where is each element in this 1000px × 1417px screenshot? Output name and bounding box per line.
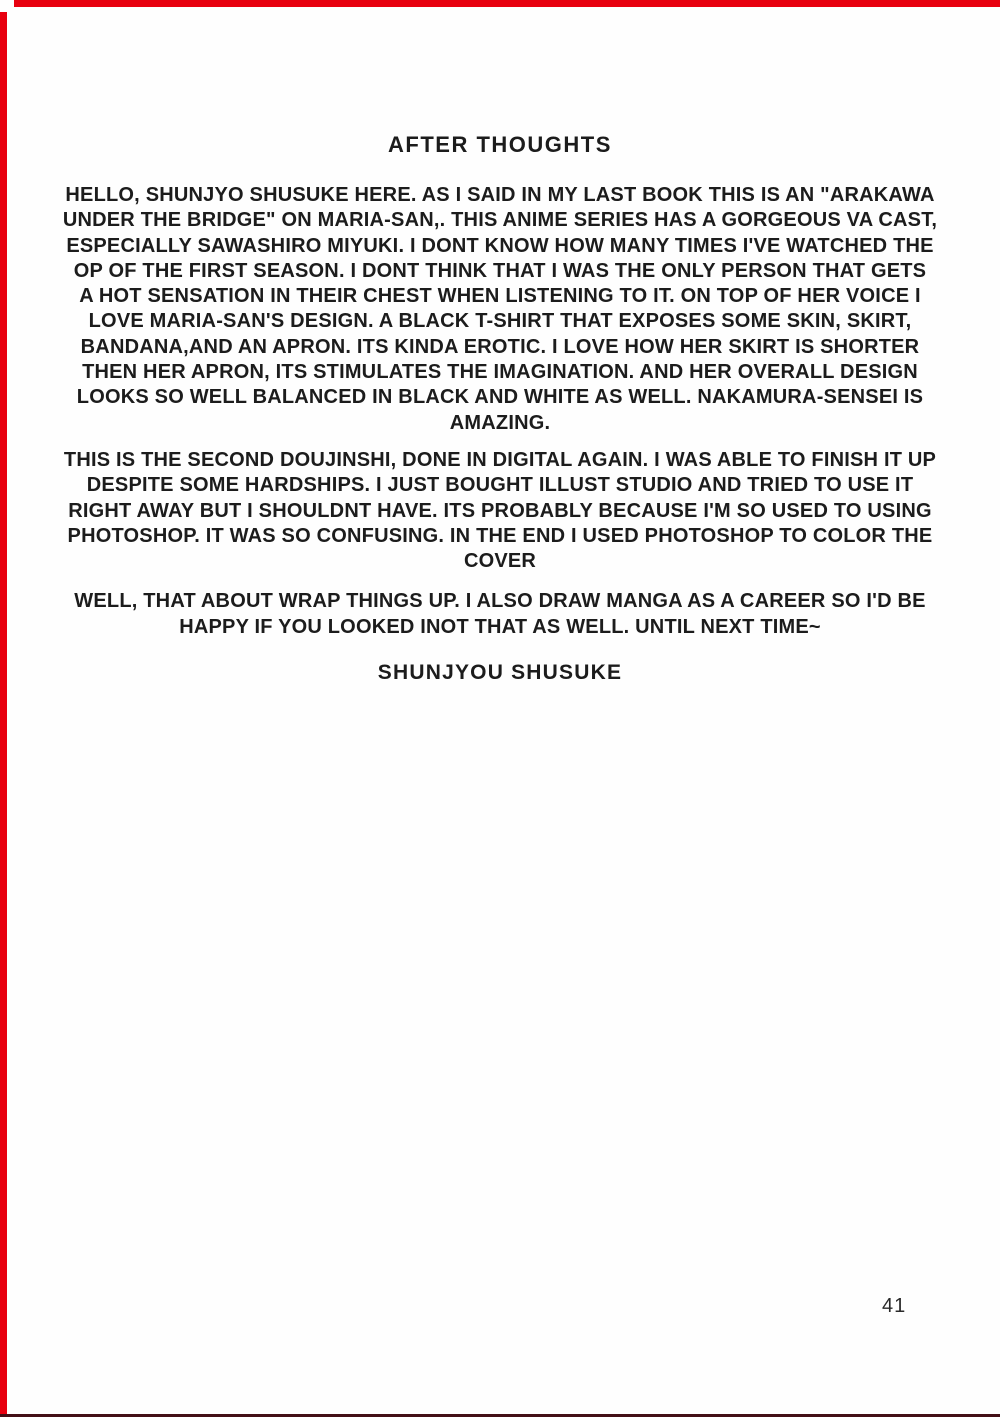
afterword-content: AFTER THOUGHTS HELLO, SHUNJYO SHUSUKE HE… (25, 0, 975, 685)
text-line: DESPITE SOME HARDSHIPS. I JUST BOUGHT IL… (25, 473, 975, 498)
text-line: AMAZING. (25, 411, 975, 436)
page-number: 41 (882, 1295, 906, 1318)
text-line: LOOKS SO WELL BALANCED IN BLACK AND WHIT… (25, 385, 975, 410)
paragraph: WELL, THAT ABOUT WRAP THINGS UP. I ALSO … (25, 589, 975, 640)
page-title: AFTER THOUGHTS (25, 131, 975, 158)
text-line: WELL, THAT ABOUT WRAP THINGS UP. I ALSO … (25, 589, 975, 614)
text-line: PHOTOSHOP. IT WAS SO CONFUSING. IN THE E… (25, 524, 975, 549)
author-signature: SHUNJYOU SHUSUKE (25, 661, 975, 685)
text-line: THIS IS THE SECOND DOUJINSHI, DONE IN DI… (25, 448, 975, 473)
text-line: BANDANA,AND AN APRON. ITS KINDA EROTIC. … (25, 335, 975, 360)
text-line: HELLO, SHUNJYO SHUSUKE HERE. AS I SAID I… (25, 183, 975, 208)
text-line: RIGHT AWAY BUT I SHOULDNT HAVE. ITS PROB… (25, 499, 975, 524)
scan-edge-left (0, 12, 7, 1417)
text-line: THEN HER APRON, ITS STIMULATES THE IMAGI… (25, 360, 975, 385)
text-line: ESPECIALLY SAWASHIRO MIYUKI. I DONT KNOW… (25, 234, 975, 259)
text-line: LOVE MARIA-SAN'S DESIGN. A BLACK T-SHIRT… (25, 309, 975, 334)
text-line: COVER (25, 549, 975, 574)
text-line: HAPPY IF YOU LOOKED INOT THAT AS WELL. U… (25, 615, 975, 640)
paragraph: THIS IS THE SECOND DOUJINSHI, DONE IN DI… (25, 448, 975, 574)
paragraph: HELLO, SHUNJYO SHUSUKE HERE. AS I SAID I… (25, 183, 975, 436)
afterword-body: HELLO, SHUNJYO SHUSUKE HERE. AS I SAID I… (25, 183, 975, 640)
text-line: UNDER THE BRIDGE" ON MARIA-SAN,. THIS AN… (25, 208, 975, 233)
text-line: OP OF THE FIRST SEASON. I DONT THINK THA… (25, 259, 975, 284)
scanned-page: AFTER THOUGHTS HELLO, SHUNJYO SHUSUKE HE… (0, 0, 1000, 1417)
text-line: A HOT SENSATION IN THEIR CHEST WHEN LIST… (25, 284, 975, 309)
